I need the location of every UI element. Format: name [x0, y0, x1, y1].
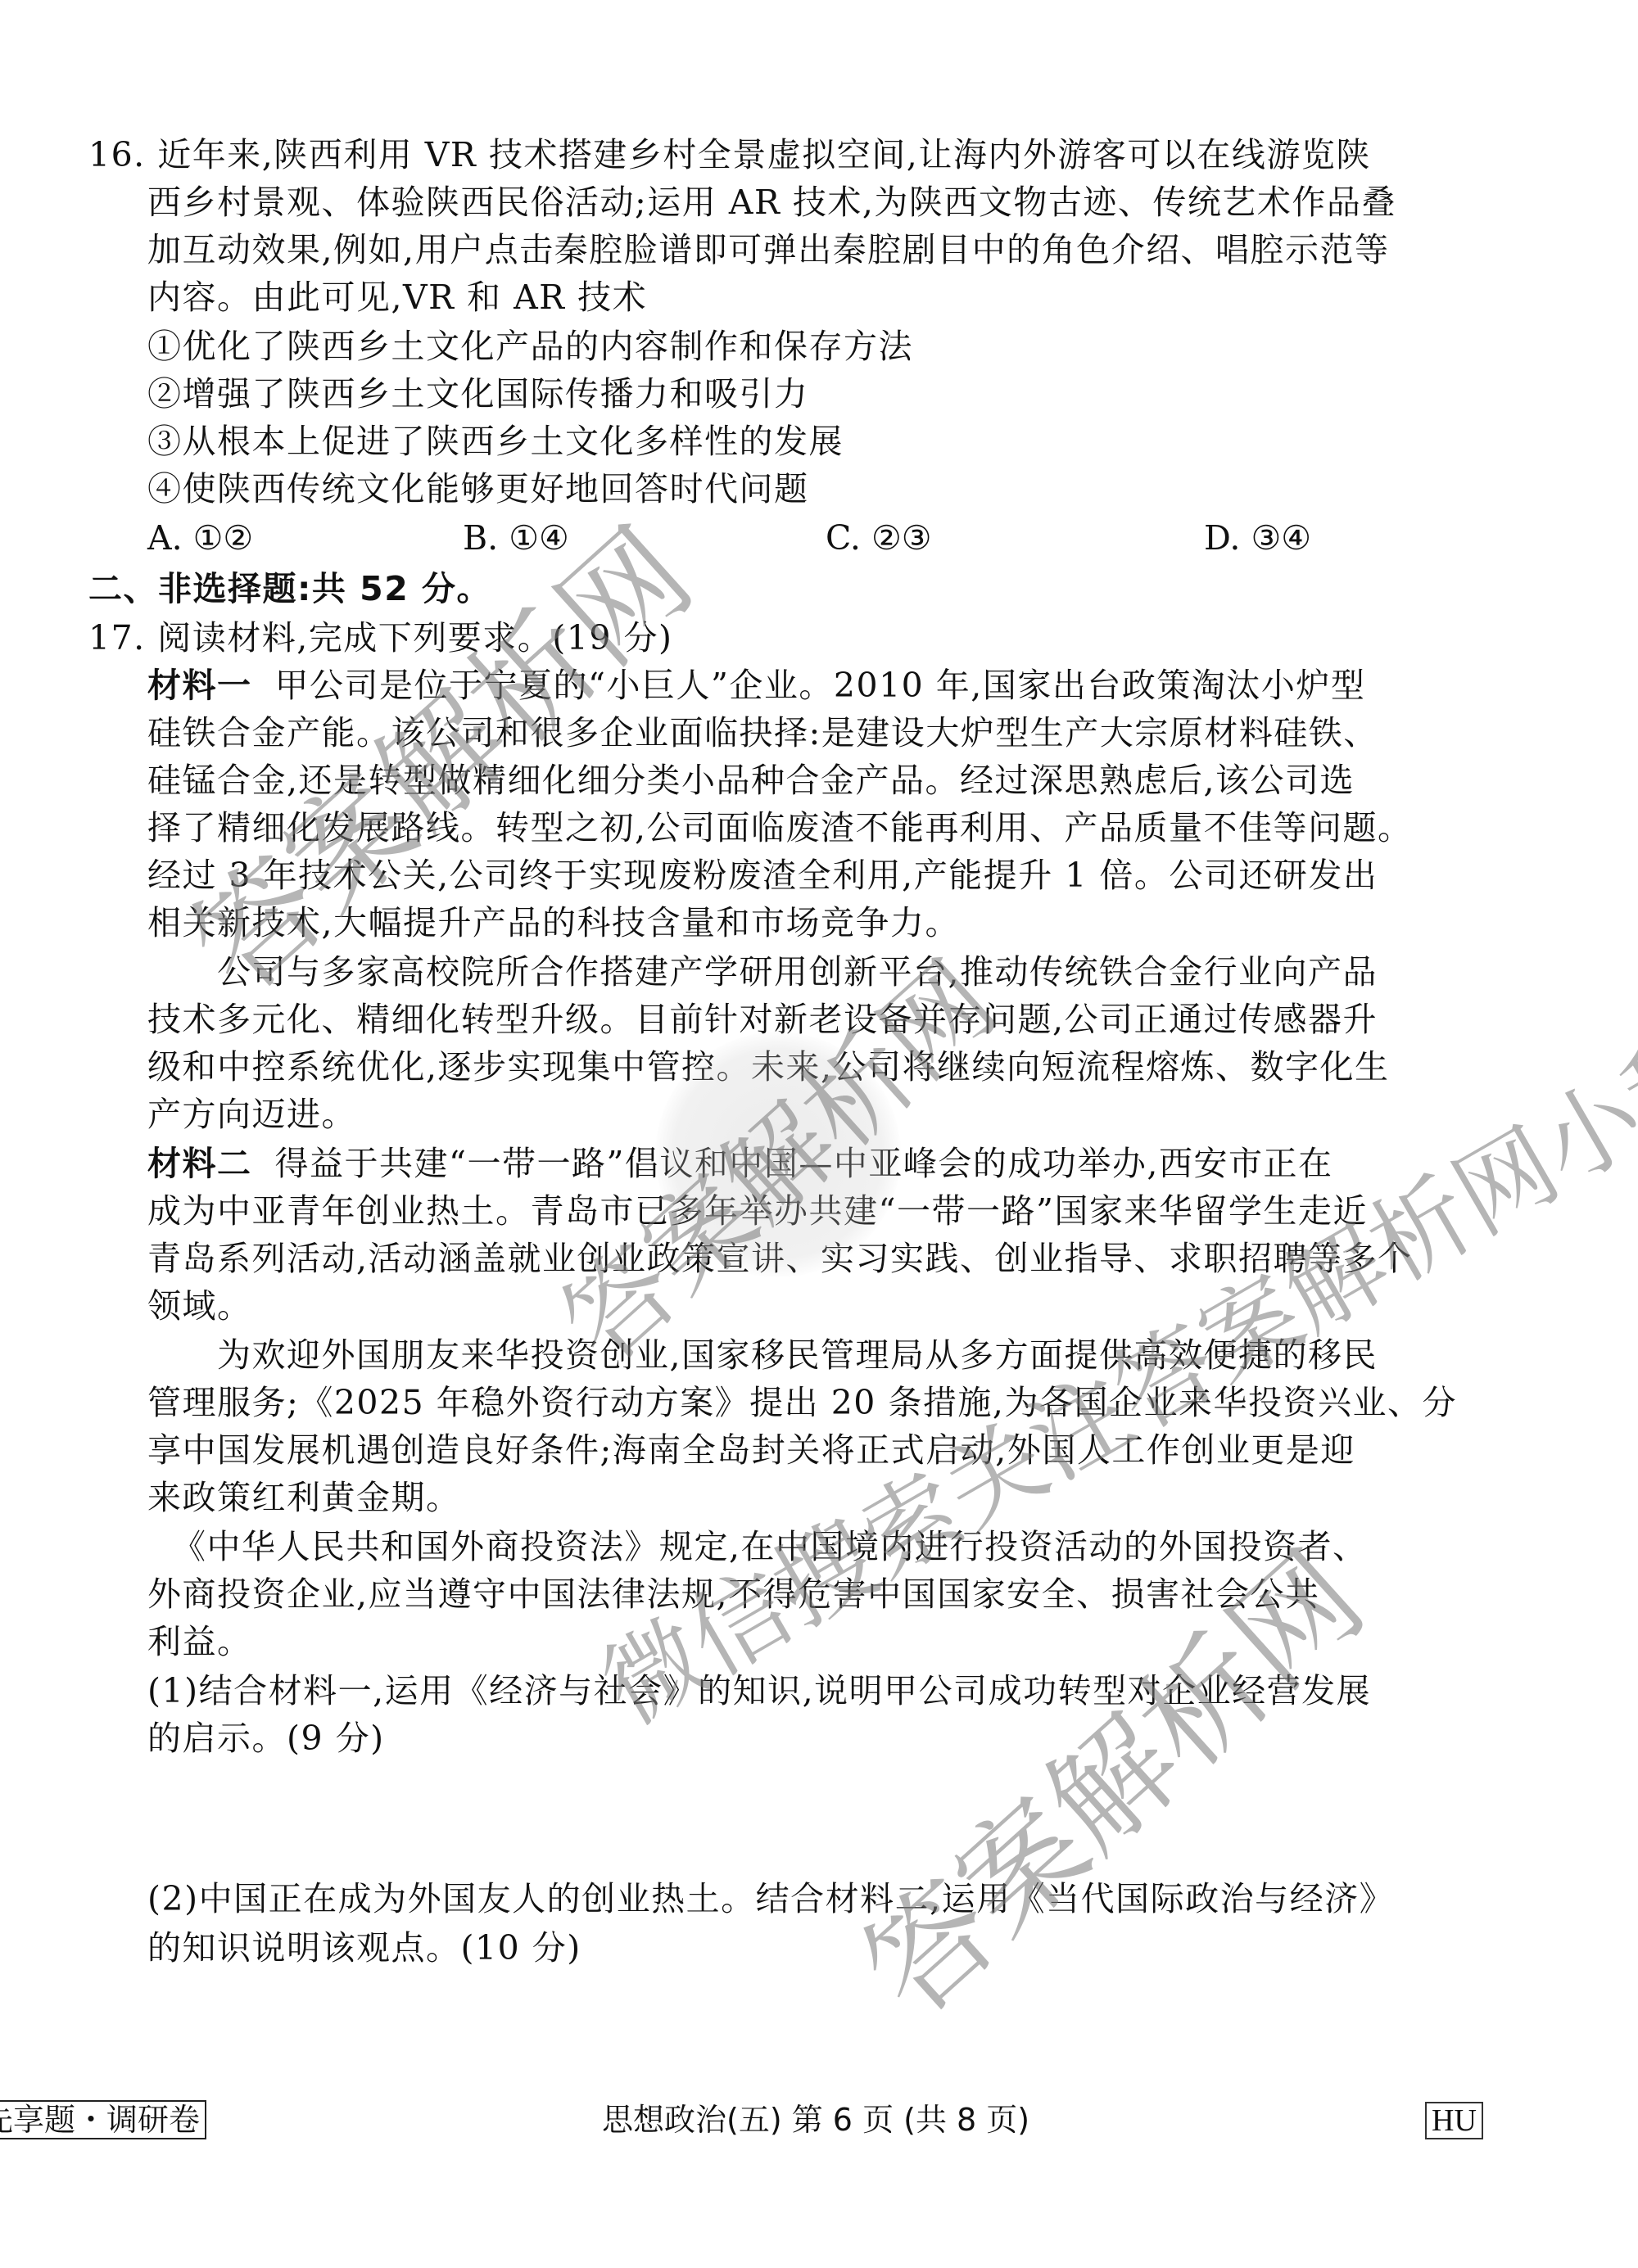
material-1-line: 硅锰合金,还是转型做精细化细分类小品种合金产品。经过深思熟虑后,该公司选 [147, 757, 1355, 804]
q16-stem-line-1: 16. 近年来,陕西利用 VR 技术搭建乡村全景虚拟空间,让海内外游客可以在线游… [88, 131, 1371, 178]
footer-page-info: 思想政治(五) 第 6 页 (共 8 页) [602, 2100, 1029, 2139]
material-1-line: 经过 3 年技术公关,公司终于实现废粉废渣全利用,产能提升 1 倍。公司还研发出 [147, 852, 1378, 899]
material-1-line: 级和中控系统优化,逐步实现集中管控。未来,公司将继续向短流程熔炼、数字化生 [147, 1043, 1390, 1091]
footer-region-code: HU [1425, 2100, 1483, 2140]
sub-question-1-line-1: (1)结合材料一,运用《经济与社会》的知识,说明甲公司成功转型对企业经营发展 [147, 1667, 1371, 1715]
material-2-line: 为欢迎外国朋友来华投资创业,国家移民管理局从多方面提供高效便捷的移民 [217, 1331, 1378, 1379]
material-1-line: 技术多元化、精细化转型升级。目前针对新老设备并存问题,公司正通过传感器升 [147, 996, 1378, 1043]
material-2-line: 《中华人民共和国外商投资法》规定,在中国境内进行投资活动的外国投资者、 [172, 1523, 1368, 1570]
material-2-line: 享中国发展机遇创造良好条件;海南全岛封关将正式启动,外国人工作创业更是迎 [147, 1426, 1355, 1474]
material-1-line: 产方向迈进。 [147, 1091, 356, 1138]
q16-statement-3: ③从根本上促进了陕西乡土文化多样性的发展 [147, 418, 844, 465]
material-2-line: 来政策红利黄金期。 [147, 1474, 461, 1521]
material-2-line: 成为中亚青年创业热土。青岛市已多年举办共建“一带一路”国家来华留学生走近 [147, 1187, 1368, 1235]
material-2-line: 领域。 [147, 1282, 252, 1330]
material-2-line: 利益。 [147, 1618, 252, 1665]
exam-page: 16. 近年来,陕西利用 VR 技术搭建乡村全景虚拟空间,让海内外游客可以在线游… [0, 0, 1638, 2268]
sub-question-1-line-2: 的启示。(9 分) [147, 1715, 385, 1762]
q16-stem-line-2: 西乡村景观、体验陕西民俗活动;运用 AR 技术,为陕西文物古迹、传统艺术作品叠 [147, 178, 1396, 226]
q16-statement-4: ④使陕西传统文化能够更好地回答时代问题 [147, 465, 809, 513]
sub-question-2-line-2: 的知识说明该观点。(10 分) [147, 1924, 581, 1972]
material-1-line: 择了精细化发展路线。转型之初,公司面临废渣不能再利用、产品质量不佳等问题。 [147, 804, 1413, 852]
material-2-first-line: 材料二得益于共建“一带一路”倡议和中国—中亚峰会的成功举办,西安市正在 [147, 1140, 1333, 1187]
material-1-first-line: 材料一甲公司是位于宁夏的“小巨人”企业。2010 年,国家出台政策淘汰小炉型 [147, 662, 1365, 709]
q16-statement-1: ①优化了陕西乡土文化产品的内容制作和保存方法 [147, 323, 913, 370]
material-1-line: 硅铁合金产能。该公司和很多企业面临抉择:是建设大炉型生产大宗原材料硅铁、 [147, 709, 1378, 757]
material-1-label: 材料一 [147, 666, 252, 705]
material-1-line: 公司与多家高校院所合作搭建产学研用创新平台,推动传统铁合金行业向产品 [217, 948, 1378, 996]
material-2-line: 青岛系列活动,活动涵盖就业创业政策宣讲、实习实践、创业指导、求职招聘等多个 [147, 1235, 1413, 1282]
section-2-title: 二、非选择题:共 52 分。 [88, 565, 491, 612]
q16-option-a: A. ①② [147, 514, 253, 562]
material-1-line: 相关新技术,大幅提升产品的科技含量和市场竞争力。 [147, 899, 960, 947]
footer-series-label: 先享题・调研卷 [0, 2100, 206, 2139]
q17-stem: 17. 阅读材料,完成下列要求。(19 分) [88, 614, 672, 662]
q16-option-d: D. ③④ [1204, 514, 1311, 562]
q16-option-c: C. ②③ [826, 514, 932, 562]
material-2-line: 外商投资企业,应当遵守中国法律法规,不得危害中国国家安全、损害社会公共 [147, 1570, 1320, 1618]
q16-stem-line-3: 加互动效果,例如,用户点击秦腔脸谱即可弹出秦腔剧目中的角色介绍、唱腔示范等 [147, 226, 1390, 273]
material-2-line: 管理服务;《2025 年稳外资行动方案》提出 20 条措施,为各国企业来华投资兴… [147, 1379, 1457, 1426]
sub-question-2-line-1: (2)中国正在成为外国友人的创业热土。结合材料二,运用《当代国际政治与经济》 [147, 1875, 1394, 1922]
q16-statement-2: ②增强了陕西乡土文化国际传播力和吸引力 [147, 370, 809, 418]
q16-stem-line-4: 内容。由此可见,VR 和 AR 技术 [147, 273, 647, 321]
q16-option-b: B. ①④ [463, 514, 569, 562]
material-2-label: 材料二 [147, 1144, 252, 1183]
